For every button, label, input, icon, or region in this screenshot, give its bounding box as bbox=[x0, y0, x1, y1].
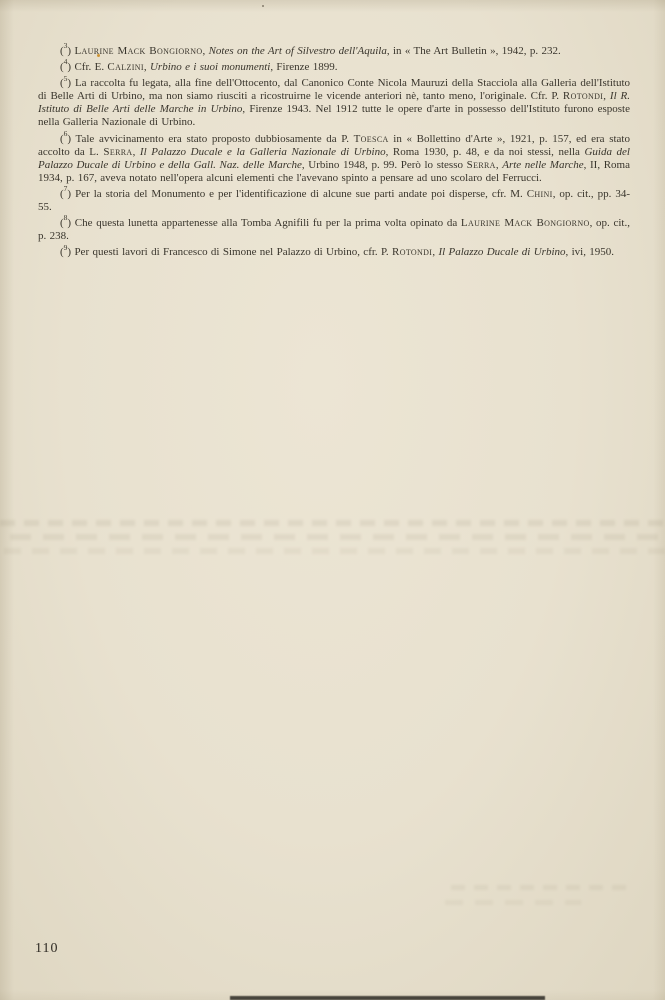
footnote-text-segment: Serra bbox=[467, 159, 496, 171]
footnote-text-segment: La raccolta fu legata, alla fine dell'Ot… bbox=[38, 77, 630, 102]
footnote-text-segment: Cfr. E. bbox=[74, 61, 107, 73]
footnote-marker: (4) bbox=[60, 61, 74, 73]
footnote-marker: (6) bbox=[60, 133, 76, 145]
footnote-5: (5) La raccolta fu legata, alla fine del… bbox=[38, 77, 630, 129]
ink-speck-artifact bbox=[97, 54, 100, 57]
footnote-text-segment: , bbox=[603, 90, 610, 102]
footnote-marker: (7) bbox=[60, 188, 75, 200]
footnote-7: (7) Per la storia del Monumento e per l'… bbox=[38, 188, 630, 214]
bleed-through-ghost bbox=[445, 878, 640, 938]
footnote-text-segment: Per questi lavori di Francesco di Simone… bbox=[74, 246, 392, 258]
scanned-book-page: (3) Laurine Mack Bongiorno, Notes on the… bbox=[0, 0, 665, 1000]
footnote-4: (4) Cfr. E. Calzini, Urbino e i suoi mon… bbox=[38, 61, 630, 74]
footnote-9: (9) Per questi lavori di Francesco di Si… bbox=[38, 246, 630, 259]
footnote-text-segment: Arte nelle Marche bbox=[502, 159, 583, 171]
footnote-text-segment: Rotondi bbox=[563, 90, 603, 102]
footnote-3: (3) Laurine Mack Bongiorno, Notes on the… bbox=[38, 45, 630, 58]
footnote-text-segment: , Urbino 1948, p. 99. Però lo stesso bbox=[302, 159, 467, 171]
footnote-text-segment: , bbox=[133, 146, 140, 158]
footnote-text-segment: Che questa lunetta appartenesse alla Tom… bbox=[75, 217, 461, 229]
footnote-marker: (3) bbox=[60, 45, 74, 57]
footnote-text-segment: Calzini bbox=[107, 61, 143, 73]
page-number: 110 bbox=[35, 941, 58, 957]
footnote-text-segment: Tale avvicinamento era stato proposto du… bbox=[76, 133, 354, 145]
footnote-text-segment: , in « The Art Bulletin », 1942, p. 232. bbox=[387, 45, 561, 57]
footnote-text-segment: Laurine Mack Bongiorno bbox=[461, 217, 590, 229]
footnote-text-segment: , Firenze 1899. bbox=[270, 61, 337, 73]
footnote-text-segment: , ivi, 1950. bbox=[566, 246, 615, 258]
bleed-through-ghost bbox=[0, 512, 665, 570]
footnote-text-segment: Il Palazzo Ducale e la Galleria Nazional… bbox=[140, 146, 386, 158]
footnote-text-segment: Chini bbox=[527, 188, 553, 200]
scanner-edge-artifact bbox=[230, 996, 545, 1000]
footnote-text-segment: Toesca bbox=[354, 133, 389, 145]
footnote-text-segment: Laurine Mack Bongiorno bbox=[74, 45, 202, 57]
footnote-text-segment: Serra bbox=[103, 146, 132, 158]
footnote-text-segment: Per la storia del Monumento e per l'iden… bbox=[75, 188, 527, 200]
footnote-marker: (5) bbox=[60, 77, 75, 89]
footnote-text-segment: , Roma 1930, p. 48, e da noi stessi, nel… bbox=[386, 146, 585, 158]
footnote-text-segment: Rotondi bbox=[392, 246, 432, 258]
footnote-text-segment: Notes on the Art of Silvestro dell'Aquil… bbox=[209, 45, 387, 57]
dust-speck-artifact bbox=[262, 5, 264, 7]
footnote-marker: (9) bbox=[60, 246, 74, 258]
footnote-text-segment: Il Palazzo Ducale di Urbino bbox=[438, 246, 565, 258]
footnote-6: (6) Tale avvicinamento era stato propost… bbox=[38, 133, 630, 185]
footnote-text-segment: Urbino e i suoi monumenti bbox=[150, 61, 270, 73]
footnote-8: (8) Che questa lunetta appartenesse alla… bbox=[38, 217, 630, 243]
footnote-marker: (8) bbox=[60, 217, 75, 229]
footnotes-list: (3) Laurine Mack Bongiorno, Notes on the… bbox=[38, 45, 630, 262]
